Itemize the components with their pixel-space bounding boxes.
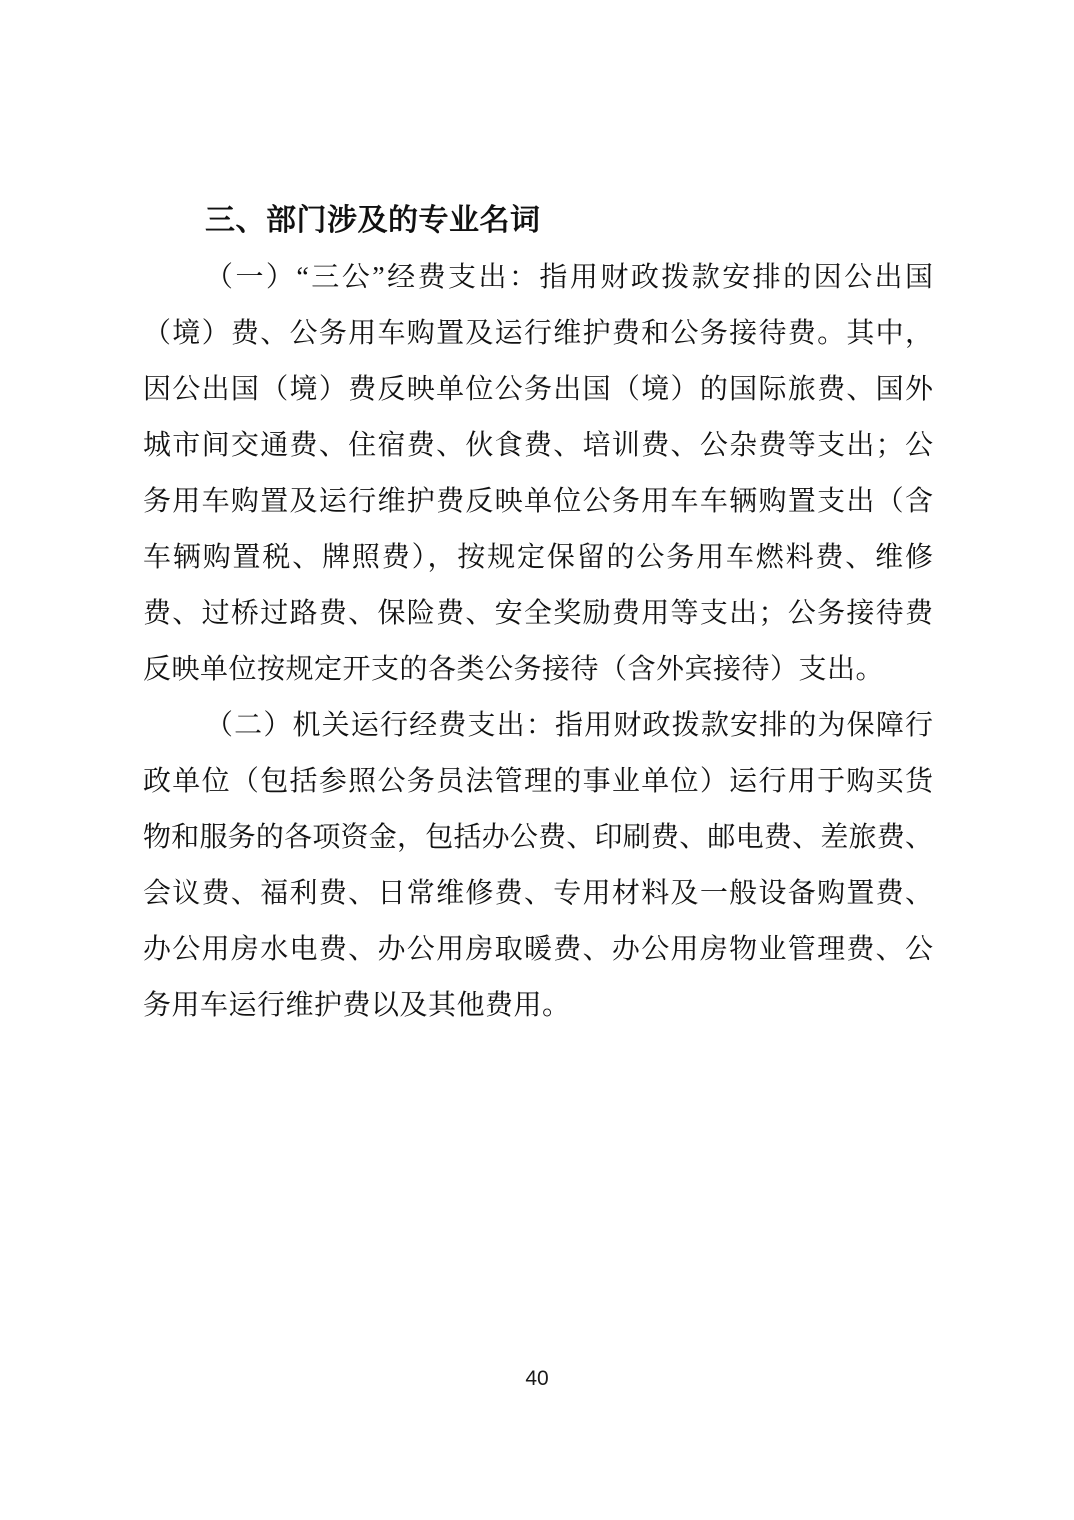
page-number: 40	[0, 1366, 1074, 1392]
body-line: （一）“三公”经费支出：指用财政拨款安排的因公出国	[143, 250, 933, 306]
body-line: 车辆购置税、牌照费），按规定保留的公务用车燃料费、维修	[143, 530, 933, 586]
body-line: 因公出国（境）费反映单位公务出国（境）的国际旅费、国外	[143, 362, 933, 418]
body-line: （境）费、公务用车购置及运行维护费和公务接待费。其中，	[143, 306, 933, 362]
section-heading: 三、部门涉及的专业名词	[143, 200, 933, 242]
body-line: 务用车运行维护费以及其他费用。	[143, 978, 933, 1034]
body-line: 反映单位按规定开支的各类公务接待（含外宾接待）支出。	[143, 642, 933, 698]
body-line: 城市间交通费、住宿费、伙食费、培训费、公杂费等支出；公	[143, 418, 933, 474]
body-line: 政单位（包括参照公务员法管理的事业单位）运行用于购买货	[143, 754, 933, 810]
body-line: 办公用房水电费、办公用房取暖费、办公用房物业管理费、公	[143, 922, 933, 978]
body-line: 会议费、福利费、日常维修费、专用材料及一般设备购置费、	[143, 866, 933, 922]
body-line: 务用车购置及运行维护费反映单位公务用车车辆购置支出（含	[143, 474, 933, 530]
body-text: （一）“三公”经费支出：指用财政拨款安排的因公出国 （境）费、公务用车购置及运行…	[143, 250, 933, 1034]
document-page: 三、部门涉及的专业名词 （一）“三公”经费支出：指用财政拨款安排的因公出国 （境…	[0, 0, 1074, 1520]
body-line: （二）机关运行经费支出：指用财政拨款安排的为保障行	[143, 698, 933, 754]
body-line: 费、过桥过路费、保险费、安全奖励费用等支出；公务接待费	[143, 586, 933, 642]
body-line: 物和服务的各项资金，包括办公费、印刷费、邮电费、差旅费、	[143, 810, 933, 866]
